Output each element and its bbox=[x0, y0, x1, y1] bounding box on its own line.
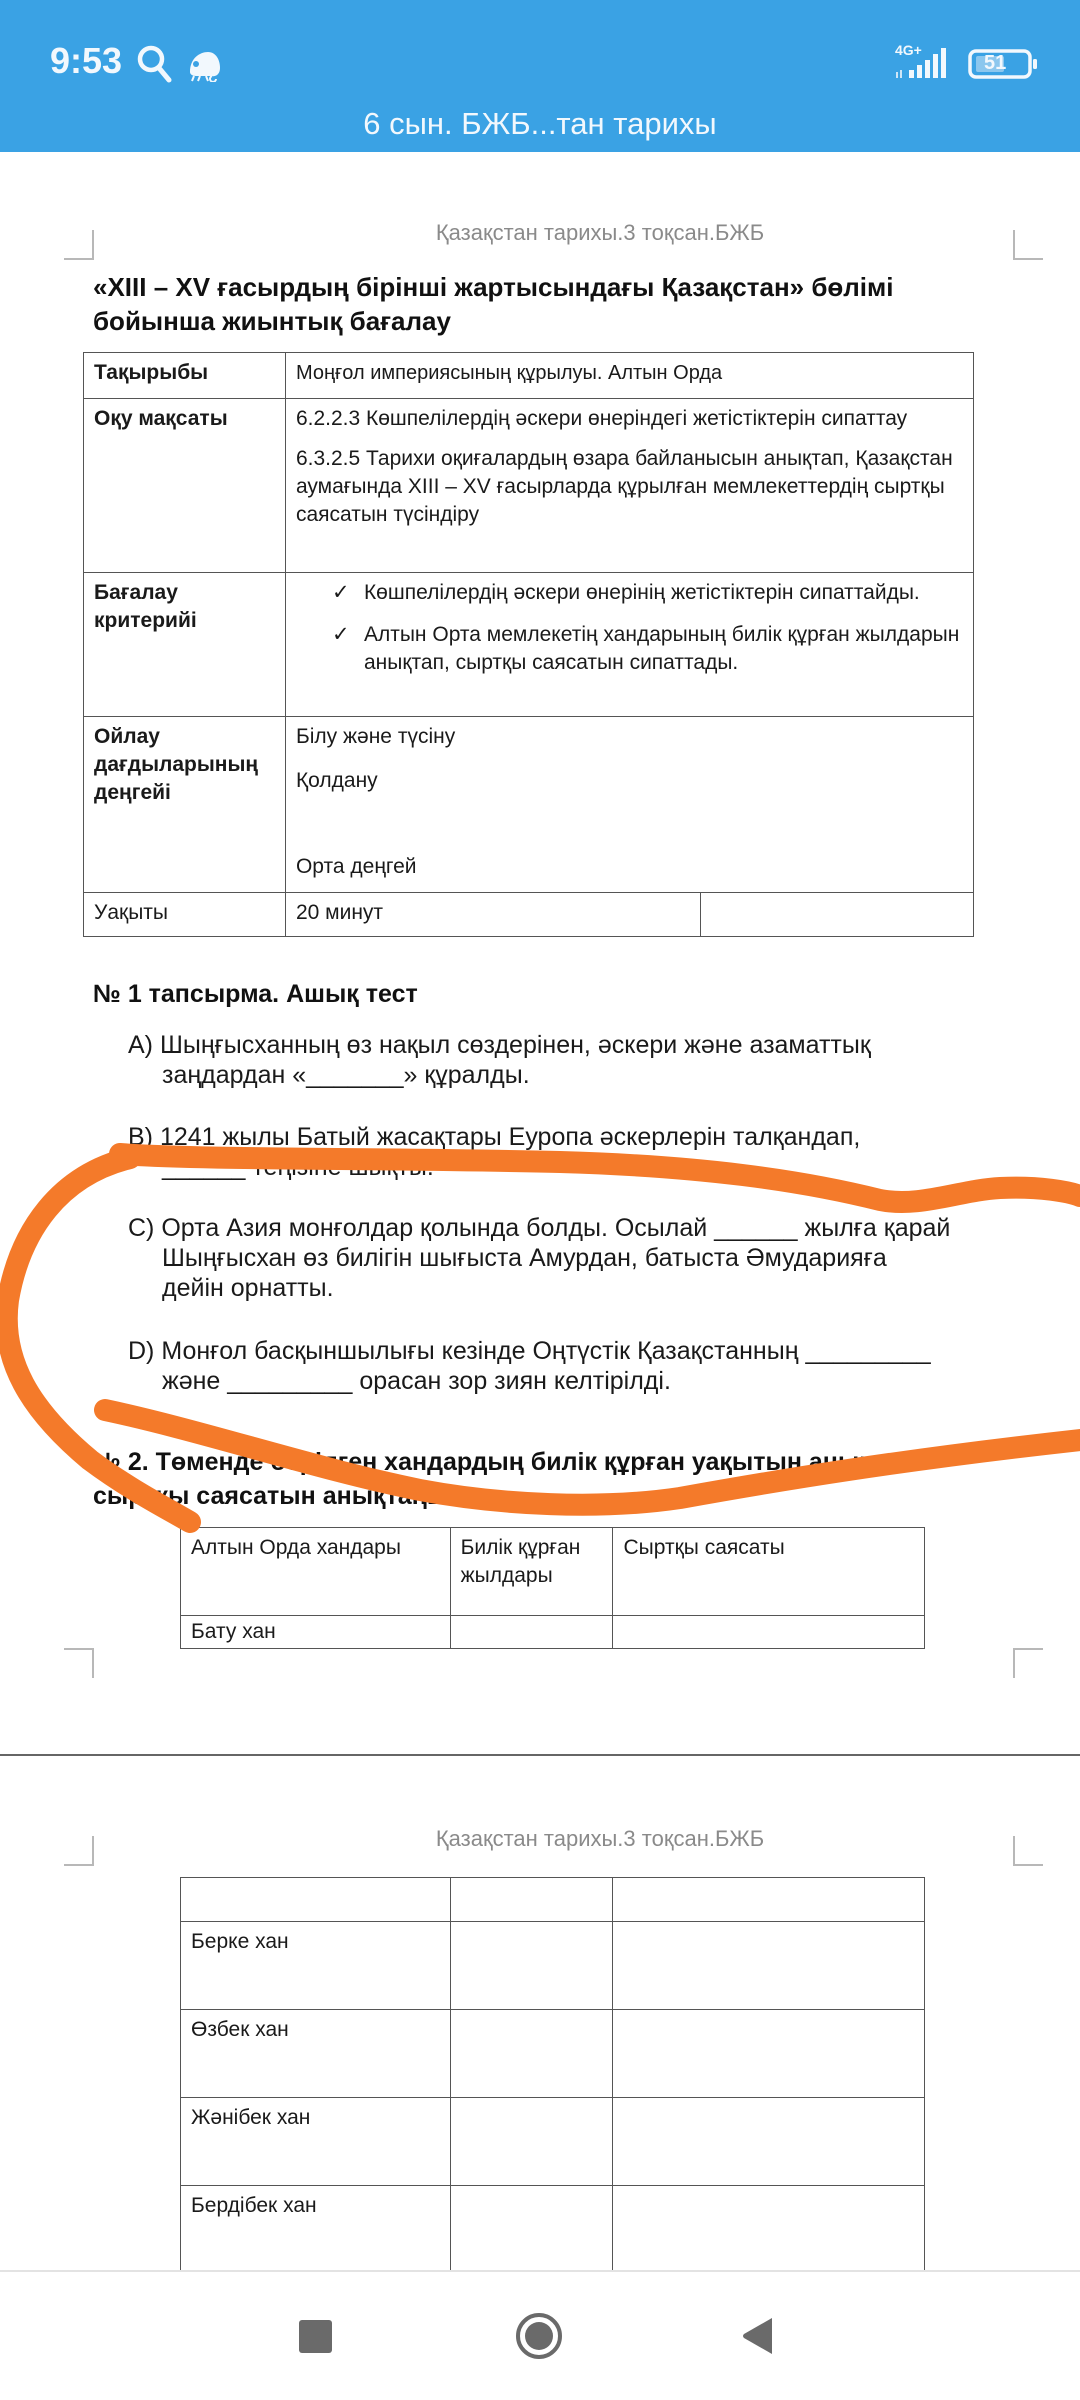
table-row: Берке хан bbox=[181, 1922, 925, 2010]
table-row bbox=[181, 1878, 925, 1922]
table-row: Бату хан bbox=[181, 1616, 925, 1649]
foreign-policy-cell[interactable] bbox=[613, 2010, 925, 2098]
page-header: Қазақстан тарихы.3 тоқсан.БЖБ bbox=[0, 220, 1080, 246]
level-item: Орта деңгей bbox=[296, 853, 963, 881]
time-value: 20 минут bbox=[285, 893, 700, 937]
crop-mark bbox=[64, 230, 94, 260]
navigation-bar bbox=[0, 2270, 1080, 2400]
app-bar: 9:53 4G+ 51 6 сын. БЖБ...тан тарихы bbox=[0, 0, 1080, 152]
back-button[interactable] bbox=[740, 2316, 776, 2356]
criteria-cell: ✓Көшпелілердің әскери өнерінің жетістікт… bbox=[285, 573, 973, 717]
topic-value: Моңғол империясының құрылуы. Алтын Орда bbox=[285, 353, 973, 399]
battery-icon: 51 bbox=[968, 49, 1032, 79]
criterion-item: ✓Алтын Орта мемлекетің хандарының билік … bbox=[296, 621, 963, 677]
search-icon bbox=[136, 44, 172, 89]
column-header: Сыртқы саясаты bbox=[613, 1528, 925, 1616]
crop-mark bbox=[64, 1836, 94, 1866]
crop-mark bbox=[1013, 1648, 1043, 1678]
info-table: Тақырыбы Моңғол империясының құрылуы. Ал… bbox=[83, 352, 974, 937]
column-header: Алтын Орда хандары bbox=[181, 1528, 451, 1616]
goal-item: 6.3.2.5 Тарихи оқиғалардың өзара байланы… bbox=[296, 445, 963, 529]
crop-mark bbox=[1013, 230, 1043, 260]
khan-name: Өзбек хан bbox=[181, 2010, 451, 2098]
chameleon-app-icon bbox=[186, 50, 222, 87]
foreign-policy-cell[interactable] bbox=[613, 1616, 925, 1649]
khans-table: Алтын Орда хандары Билік құрған жылдары … bbox=[180, 1527, 925, 1649]
crop-mark bbox=[64, 1648, 94, 1678]
empty-cell bbox=[701, 893, 974, 937]
task1-heading: № 1 тапсырма. Ашық тест bbox=[93, 980, 418, 1009]
page-separator bbox=[0, 1754, 1080, 1756]
level-item: Қолдану bbox=[296, 767, 963, 795]
checkmark-icon: ✓ bbox=[332, 579, 364, 607]
khan-name: Жәнібек хан bbox=[181, 2098, 451, 2186]
question-c: C) Орта Азия монғолдар қолында болды. Ос… bbox=[128, 1213, 1028, 1303]
question-b: B) 1241 жылы Батый жасақтары Еуропа әске… bbox=[128, 1122, 1028, 1182]
khan-name: Берке хан bbox=[181, 1922, 451, 2010]
khans-table-continued: Берке хан Өзбек хан Жәнібек хан Бердібек… bbox=[180, 1877, 925, 2286]
level-item: Білу және түсіну bbox=[296, 723, 963, 751]
foreign-policy-cell[interactable] bbox=[613, 2098, 925, 2186]
document-title: 6 сын. БЖБ...тан тарихы bbox=[0, 106, 1080, 142]
reign-years-cell[interactable] bbox=[450, 2010, 613, 2098]
reign-years-cell[interactable] bbox=[450, 1878, 613, 1922]
signal-strength-icon bbox=[895, 48, 953, 85]
reign-years-cell[interactable] bbox=[450, 1616, 613, 1649]
reign-years-cell[interactable] bbox=[450, 1922, 613, 2010]
assessment-title: «XIII – XV ғасырдың бірінші жартысындағы… bbox=[93, 270, 1013, 338]
foreign-policy-cell[interactable] bbox=[613, 1922, 925, 2010]
levels-cell: Білу және түсіну Қолдану Орта деңгей bbox=[285, 717, 973, 893]
table-row: Жәнібек хан bbox=[181, 2098, 925, 2186]
khan-name bbox=[181, 1878, 451, 1922]
time-label: Уақыты bbox=[84, 893, 286, 937]
crop-mark bbox=[1013, 1836, 1043, 1866]
levels-label: Ойлау дағдыларының деңгейі bbox=[84, 717, 286, 893]
goals-label: Оқу мақсаты bbox=[84, 399, 286, 573]
topic-label: Тақырыбы bbox=[84, 353, 286, 399]
task2-heading: № 2. Төменде берілген хандардың билік құ… bbox=[93, 1445, 913, 1513]
criterion-item: ✓Көшпелілердің әскери өнерінің жетістікт… bbox=[296, 579, 963, 607]
criteria-label: Бағалау критерийі bbox=[84, 573, 286, 717]
home-button[interactable] bbox=[515, 2312, 563, 2360]
status-time: 9:53 bbox=[50, 40, 122, 82]
question-a: A) Шыңғысханның өз нақыл сөздерінен, әск… bbox=[128, 1030, 1028, 1090]
goals-cell: 6.2.2.3 Көшпелілердің әскери өнеріндегі … bbox=[285, 399, 973, 573]
column-header: Билік құрған жылдары bbox=[450, 1528, 613, 1616]
battery-level: 51 bbox=[984, 52, 1006, 75]
table-row: Өзбек хан bbox=[181, 2010, 925, 2098]
page-header: Қазақстан тарихы.3 тоқсан.БЖБ bbox=[0, 1826, 1080, 1852]
khan-name: Бату хан bbox=[181, 1616, 451, 1649]
checkmark-icon: ✓ bbox=[332, 621, 364, 677]
reign-years-cell[interactable] bbox=[450, 2098, 613, 2186]
goal-item: 6.2.2.3 Көшпелілердің әскери өнеріндегі … bbox=[296, 405, 963, 433]
foreign-policy-cell[interactable] bbox=[613, 1878, 925, 1922]
question-d: D) Монғол басқыншылығы кезінде Оңтүстік … bbox=[128, 1336, 1028, 1396]
recents-button[interactable] bbox=[299, 2320, 332, 2353]
